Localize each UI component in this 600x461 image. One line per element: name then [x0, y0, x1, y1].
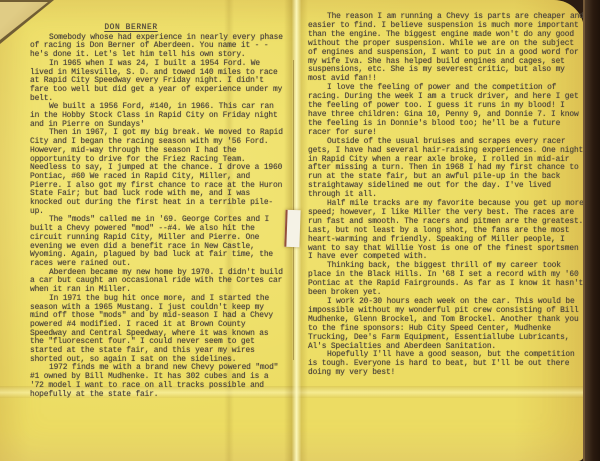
paragraph: We built a 1956 Ford, #140, in 1966. Thi… [30, 103, 284, 129]
paragraph: I work 20-30 hours each week on the car.… [308, 298, 585, 351]
paragraph: Hopefully I'll have a good season, but t… [308, 351, 585, 378]
paragraph: Outside of the usual bruises and scrapes… [308, 138, 585, 200]
paragraph: Aberdeen became my new home by 1970. I d… [30, 269, 284, 295]
scanned-document: DON BERNER Somebody whose had experience… [0, 0, 600, 461]
right-page-text: The reason I am running a Chevy is parts… [308, 13, 585, 378]
left-page-text: DON BERNER Somebody whose had experience… [30, 24, 284, 399]
paragraph: I love the feeling of power and the comp… [308, 84, 585, 137]
tape-patch [284, 210, 300, 248]
paragraph: Then in 1967, I got my big break. We mov… [30, 129, 284, 216]
paragraph: Half mile tracks are my favorite because… [308, 200, 585, 262]
paragraph: Somebody whose had experience in nearly … [30, 34, 284, 60]
page-title: DON BERNER [30, 24, 284, 33]
paragraph: 1972 finds me with a brand new Chevy pow… [30, 364, 284, 399]
scan-edge [583, 0, 600, 461]
paper-sheet: DON BERNER Somebody whose had experience… [0, 0, 584, 461]
paragraph: In 1965 when I was 24, I built a 1954 Fo… [30, 60, 284, 104]
paragraph: Thinking back, the biggest thrill of my … [308, 262, 585, 298]
paragraph: In 1971 the bug hit once more, and I sta… [30, 295, 284, 365]
paragraph: The reason I am running a Chevy is parts… [308, 13, 585, 84]
paragraph: The "mods" called me in '69. George Cort… [30, 216, 284, 268]
